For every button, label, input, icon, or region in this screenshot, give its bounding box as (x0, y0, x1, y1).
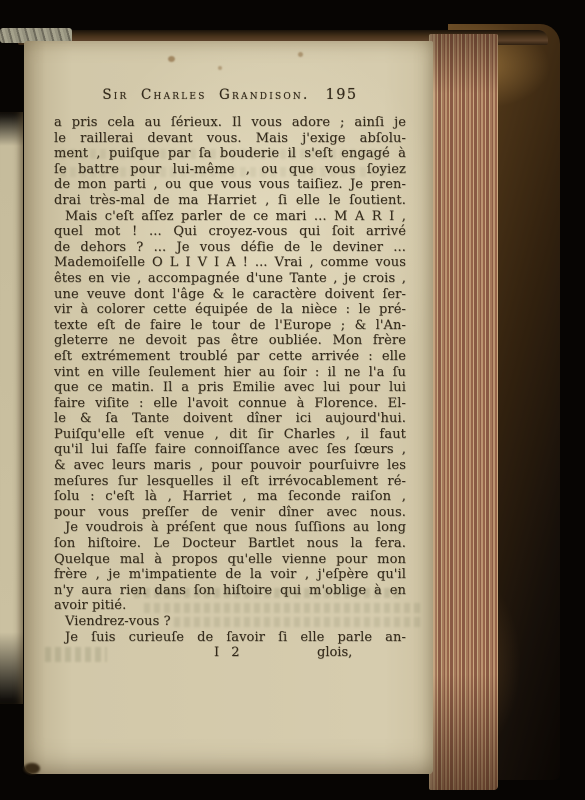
text-line: une veuve dont l'âge & le caractère doiv… (54, 287, 406, 303)
text-line: que ce matin. Il a pris Emilie avec lui … (54, 380, 406, 396)
text-line: & avec leurs maris , pour pouvoir pourſu… (54, 458, 406, 474)
text-line: Je voudrois à préſent que nous ſuſſions … (54, 520, 406, 536)
text-line: gleterre ne devoit pas être oubliée. Mon… (54, 333, 406, 349)
text-block: a pris cela au ſérieux. Il vous adore ; … (54, 115, 406, 645)
ink-stain (24, 763, 40, 774)
page-number: 195 (325, 87, 357, 103)
text-line: a pris cela au ſérieux. Il vous adore ; … (54, 115, 406, 131)
text-line: de mon parti , ou que vous vous taiſiez.… (54, 177, 406, 193)
text-line: faire viſite : elle l'avoit connue à Flo… (54, 396, 406, 412)
text-line: pour vous preſſer de venir dîner avec no… (54, 505, 406, 521)
catchword: glois, (317, 645, 352, 660)
text-line: drai très-mal de ma Harriet , ſi elle le… (54, 193, 406, 209)
text-line: de dehors ? ... Je vous défie de le devi… (54, 240, 406, 256)
foxing-spot (218, 66, 222, 70)
running-header-title: Sir Charles Grandison. (102, 87, 309, 103)
text-line: le raillerai devant vous. Mais j'exige a… (54, 131, 406, 147)
book-page: Sir Charles Grandison. 195 a pris cela a… (24, 41, 433, 774)
facing-page-edge (0, 112, 23, 704)
text-line: êtes en vie , accompagnée d'une Tante , … (54, 271, 406, 287)
text-line: texte eſt de faire le tour de l'Europe ;… (54, 318, 406, 334)
text-line: eſt extrémement troublé par cette arrivé… (54, 349, 406, 365)
text-line: ſe battre pour lui-même , ou que vous ſo… (54, 162, 406, 178)
open-book-photo: Sir Charles Grandison. 195 a pris cela a… (0, 0, 585, 800)
text-line: Mais c'eſt aſſez parler de ce mari ... M… (54, 209, 406, 225)
text-line: ment , puiſque par ſa bouderie il s'eſt … (54, 146, 406, 162)
text-line: avoir pitié. (54, 598, 406, 614)
fore-edge-page-stack (429, 34, 498, 790)
text-line: ſon hiſtoire. Le Docteur Bartlet nous la… (54, 536, 406, 552)
text-line: frère , je m'impatiente de la voir , j'e… (54, 567, 406, 583)
foxing-spot (298, 52, 303, 57)
footer-line: I 2 glois, (54, 645, 406, 663)
text-line: n'y aura rien dans ſon hiſtoire qui m'ob… (54, 583, 406, 599)
text-line: meſures ſur lesquelles il eſt irrévocabl… (54, 474, 406, 490)
text-line: Viendrez-vous ? (54, 614, 406, 630)
text-line: ſolu : c'eſt là , Harriet , ma ſeconde r… (54, 489, 406, 505)
text-line: quel mot ! ... Qui croyez-vous qui ſoit … (54, 224, 406, 240)
text-line: Mademoiſelle O L I V I A ! ... Vrai , co… (54, 255, 406, 271)
text-line: Puiſqu'elle eſt venue , dit ſir Charles … (54, 427, 406, 443)
text-line: Je ſuis curieuſe de ſavoir ſi elle parle… (54, 630, 406, 646)
text-line: Quelque mal à propos qu'elle vienne pour… (54, 552, 406, 568)
text-line: vir à colorer cette équipée de la nièce … (54, 302, 406, 318)
foxing-spot (168, 56, 175, 62)
text-line: qu'il lui faſſe faire connoiſſance avec … (54, 442, 406, 458)
text-line: vint en ville ſeulement hier au ſoir : i… (54, 365, 406, 381)
running-header: Sir Charles Grandison. 195 (54, 87, 406, 103)
signature-mark: I 2 (214, 645, 244, 660)
text-line: le & ſa Tante doivent dîner ici aujourd'… (54, 411, 406, 427)
